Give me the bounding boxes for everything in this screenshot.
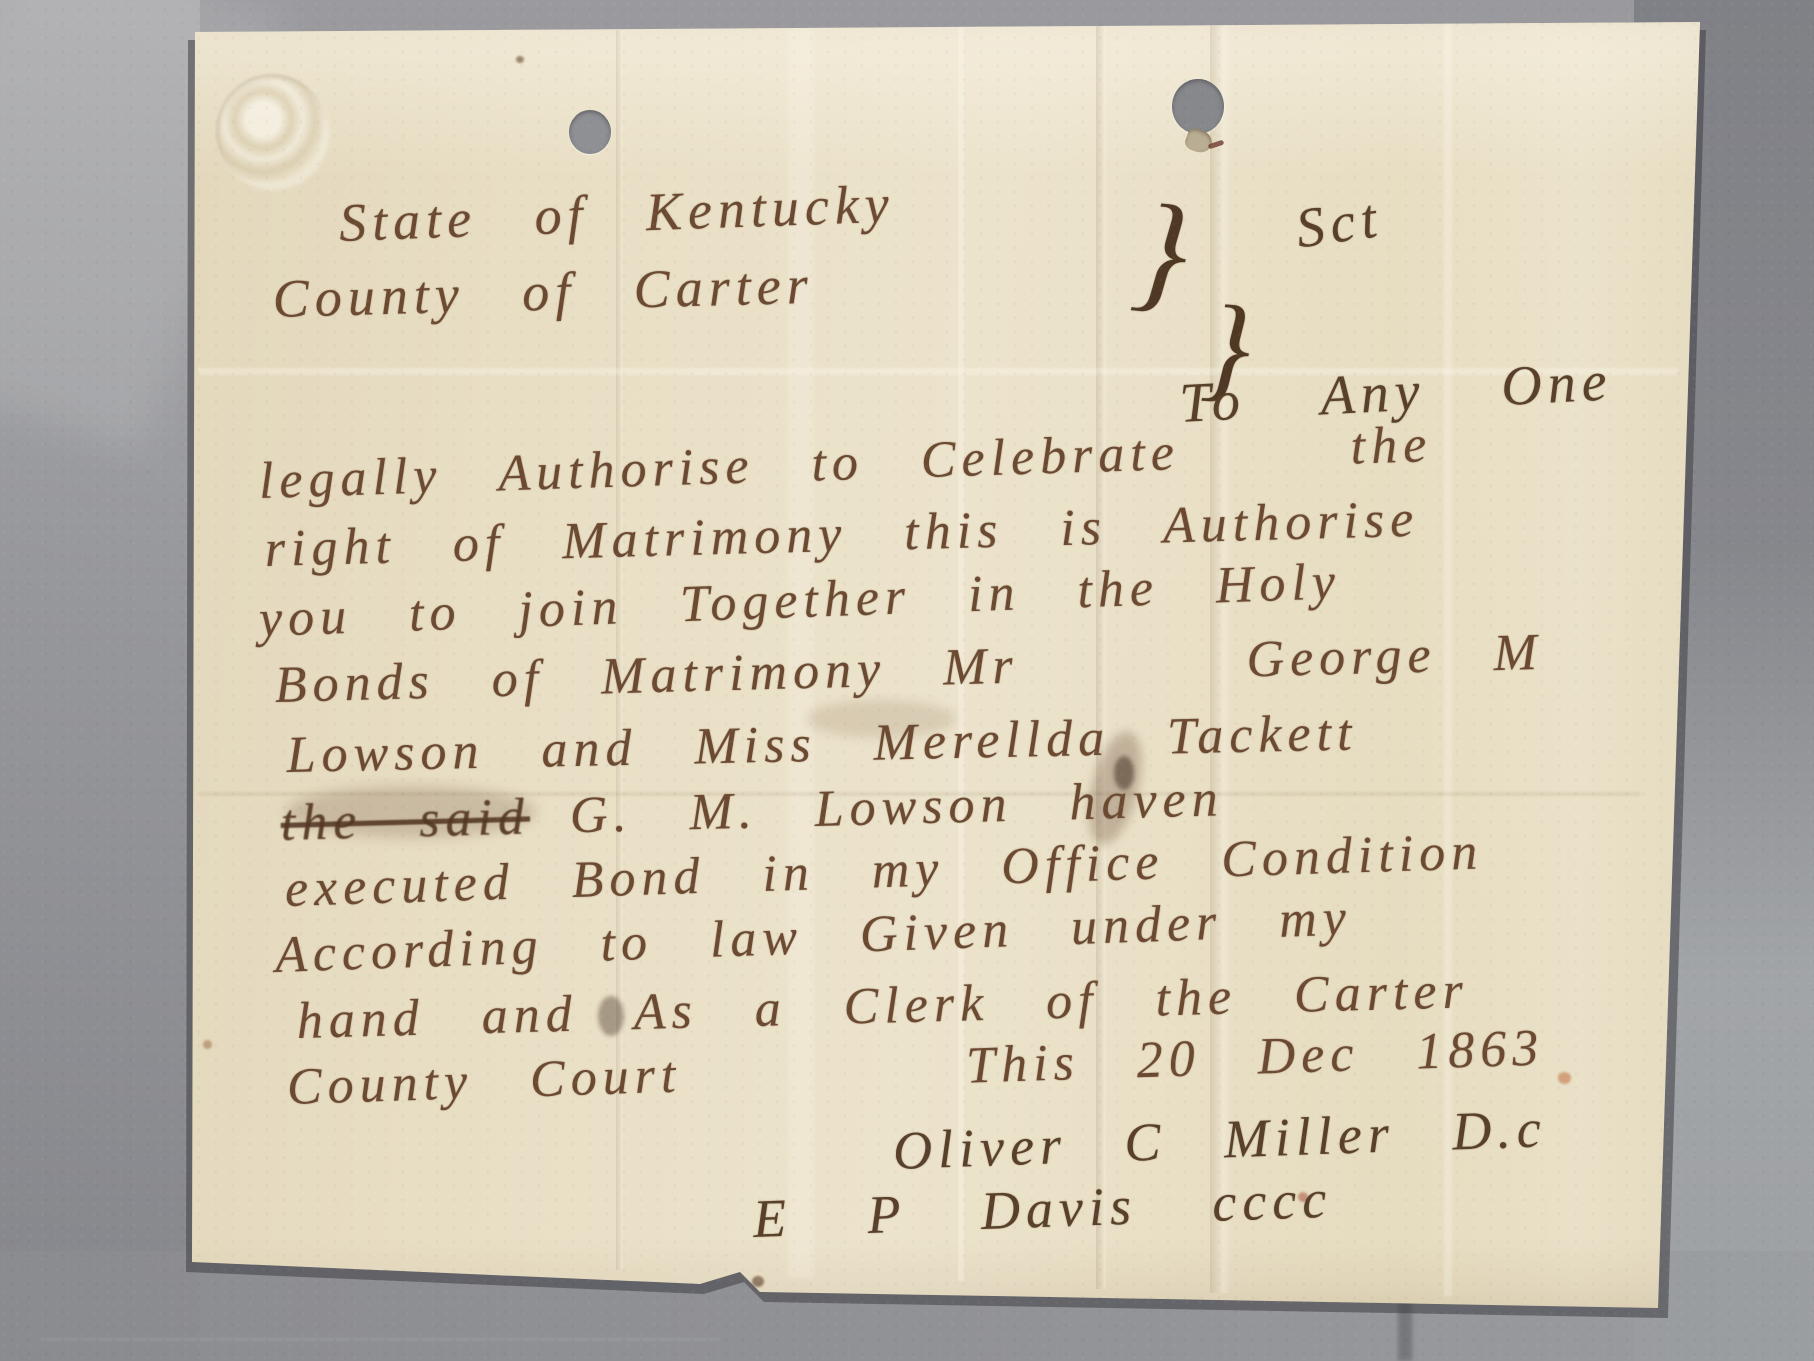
signature-clerk: Oliver C Miller D.c bbox=[892, 1097, 1548, 1182]
foxing-spot bbox=[752, 1276, 764, 1287]
photo-of-document: State of Kentucky } Sct County of Carter… bbox=[0, 0, 1814, 1361]
foxing-spot bbox=[1558, 1072, 1571, 1084]
foxing-spot bbox=[516, 56, 524, 63]
punch-hole-right bbox=[1172, 79, 1224, 134]
signature-deputy: E P Davis cccc bbox=[752, 1168, 1333, 1250]
header-scilicet: Sct bbox=[1292, 186, 1386, 261]
document-paper: State of Kentucky } Sct County of Carter… bbox=[0, 0, 1814, 1361]
header-county-line: County of Carter bbox=[272, 254, 814, 330]
header-state-line: State of Kentucky bbox=[338, 173, 896, 254]
foxing-spot bbox=[203, 1040, 212, 1049]
header-brace: } bbox=[1127, 172, 1196, 330]
embossed-seal-icon bbox=[216, 74, 328, 188]
desk-edge-line bbox=[40, 1338, 720, 1341]
struck-text: the said bbox=[280, 787, 531, 853]
punch-hole-left bbox=[569, 110, 611, 154]
